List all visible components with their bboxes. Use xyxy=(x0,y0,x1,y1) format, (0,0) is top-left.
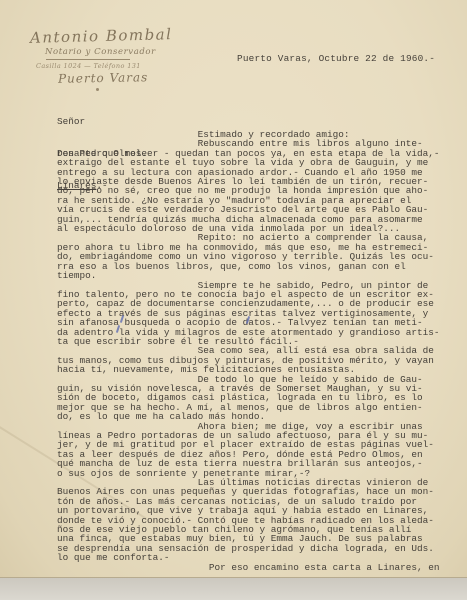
recipient-salutation: Señor xyxy=(57,117,147,128)
letterhead-name: Antonio Bombal xyxy=(30,25,173,47)
dateline: Puerto Varas, Octubre 22 de 1960.- xyxy=(237,53,435,64)
letterhead-contact: Casilla 1024 — Teléfono 131 xyxy=(36,62,141,70)
scan-background xyxy=(0,578,467,600)
letterhead-city: Puerto Varas xyxy=(58,70,149,86)
letter-body: Estimado y recordado amigo: Rebuscando e… xyxy=(57,130,457,572)
letterhead-ornament-dot xyxy=(96,88,99,91)
letterhead-divider xyxy=(46,59,130,60)
letterhead-title: Notario y Conservador xyxy=(45,47,156,57)
letter-page: Antonio Bombal Notario y Conservador Cas… xyxy=(0,0,467,578)
